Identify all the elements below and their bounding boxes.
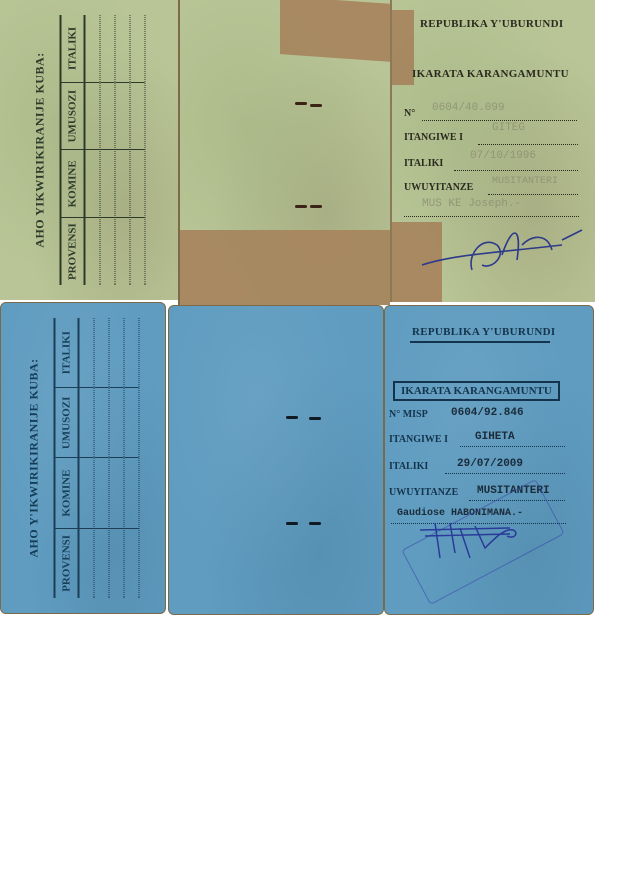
residence-table: PROVENSI KOMINE UMUSOZI ITALIKI	[60, 15, 146, 285]
column-header: PROVENSI	[56, 528, 78, 598]
staple-icon	[286, 522, 298, 525]
field-value-issued-at: GITEG	[492, 122, 525, 134]
republic-header: REPUBLIKA Y'UBURUNDI	[412, 326, 555, 338]
signature-icon	[412, 215, 592, 285]
field-value-date: 07/10/1996	[470, 150, 536, 162]
blue-card-middle-panel	[168, 305, 384, 615]
field-line	[454, 170, 578, 171]
field-line	[445, 473, 565, 474]
field-label-number: N° MISP	[389, 409, 428, 420]
field-value-issuer: MUSITANTERI	[492, 176, 558, 187]
residence-table: PROVENSI KOMINE UMUSOZI ITALIKI	[54, 318, 140, 598]
staple-icon	[310, 104, 322, 107]
column-header: UMUSOZI	[56, 387, 78, 457]
field-value-number: 0604/40.099	[432, 102, 505, 114]
tape-strip	[180, 230, 390, 305]
staple-icon	[309, 522, 321, 525]
table-row	[95, 318, 110, 598]
column-header: ITALIKI	[56, 318, 78, 387]
card-title: IKARATA KARANGAMUNTU	[412, 68, 569, 80]
blue-card-back-panel: AHO Y'IKWIRIKIRANIJE KUBA: PROVENSI KOMI…	[0, 302, 166, 614]
field-label-issuer: UWUYITANZE	[389, 487, 458, 498]
staple-icon	[286, 416, 298, 419]
signature-icon	[415, 518, 525, 563]
column-header: KOMINE	[56, 458, 78, 528]
id-card-scan: AHO YIKWIRIKIRANIJE KUBA: PROVENSI KOMIN…	[0, 0, 620, 876]
column-header: UMUSOZI	[62, 82, 84, 150]
staple-icon	[295, 205, 307, 208]
column-header: ITALIKI	[62, 15, 84, 82]
staple-icon	[309, 417, 321, 420]
republic-header: REPUBLIKA Y'UBURUNDI	[420, 18, 563, 30]
blue-card-front-panel: REPUBLIKA Y'UBURUNDI IKARATA KARANGAMUNT…	[384, 305, 594, 615]
field-label-date: ITALIKI	[389, 461, 428, 472]
field-line	[460, 446, 565, 447]
green-card-middle-panel	[178, 0, 390, 305]
field-label-issued-at: ITANGIWE I	[404, 132, 463, 143]
table-row	[101, 15, 116, 285]
field-value-number: 0604/92.846	[451, 407, 524, 419]
field-value-date: 29/07/2009	[457, 458, 523, 470]
table-row	[116, 15, 131, 285]
holder-name: MUS KE Joseph.-	[422, 198, 521, 210]
field-label-issued-at: ITANGIWE I	[389, 434, 448, 445]
field-label-date: ITALIKI	[404, 158, 443, 169]
table-row	[131, 15, 146, 285]
field-label-issuer: UWUYITANZE	[404, 182, 473, 193]
tape-strip	[280, 0, 390, 62]
field-line	[422, 120, 577, 121]
column-header: KOMINE	[62, 150, 84, 218]
green-card-front-panel: REPUBLIKA Y'UBURUNDI IKARATA KARANGAMUNT…	[390, 0, 595, 302]
residence-table-title: AHO Y'IKWIRIKIRANIJE KUBA:	[27, 318, 42, 598]
header-underline	[410, 341, 550, 343]
field-line	[478, 144, 578, 145]
table-row	[86, 15, 101, 285]
table-row	[110, 318, 125, 598]
card-title: IKARATA KARANGAMUNTU	[393, 381, 560, 401]
column-header: PROVENSI	[62, 217, 84, 285]
staple-icon	[310, 205, 322, 208]
tape-strip	[392, 10, 414, 85]
field-value-issued-at: GIHETA	[475, 431, 515, 443]
field-line	[488, 194, 578, 195]
table-row	[80, 318, 95, 598]
residence-table-title: AHO YIKWIRIKIRANIJE KUBA:	[33, 15, 48, 285]
table-row	[125, 318, 140, 598]
staple-icon	[295, 102, 307, 105]
green-card-back-panel: AHO YIKWIRIKIRANIJE KUBA: PROVENSI KOMIN…	[0, 0, 178, 300]
field-label-number: N°	[404, 108, 415, 119]
